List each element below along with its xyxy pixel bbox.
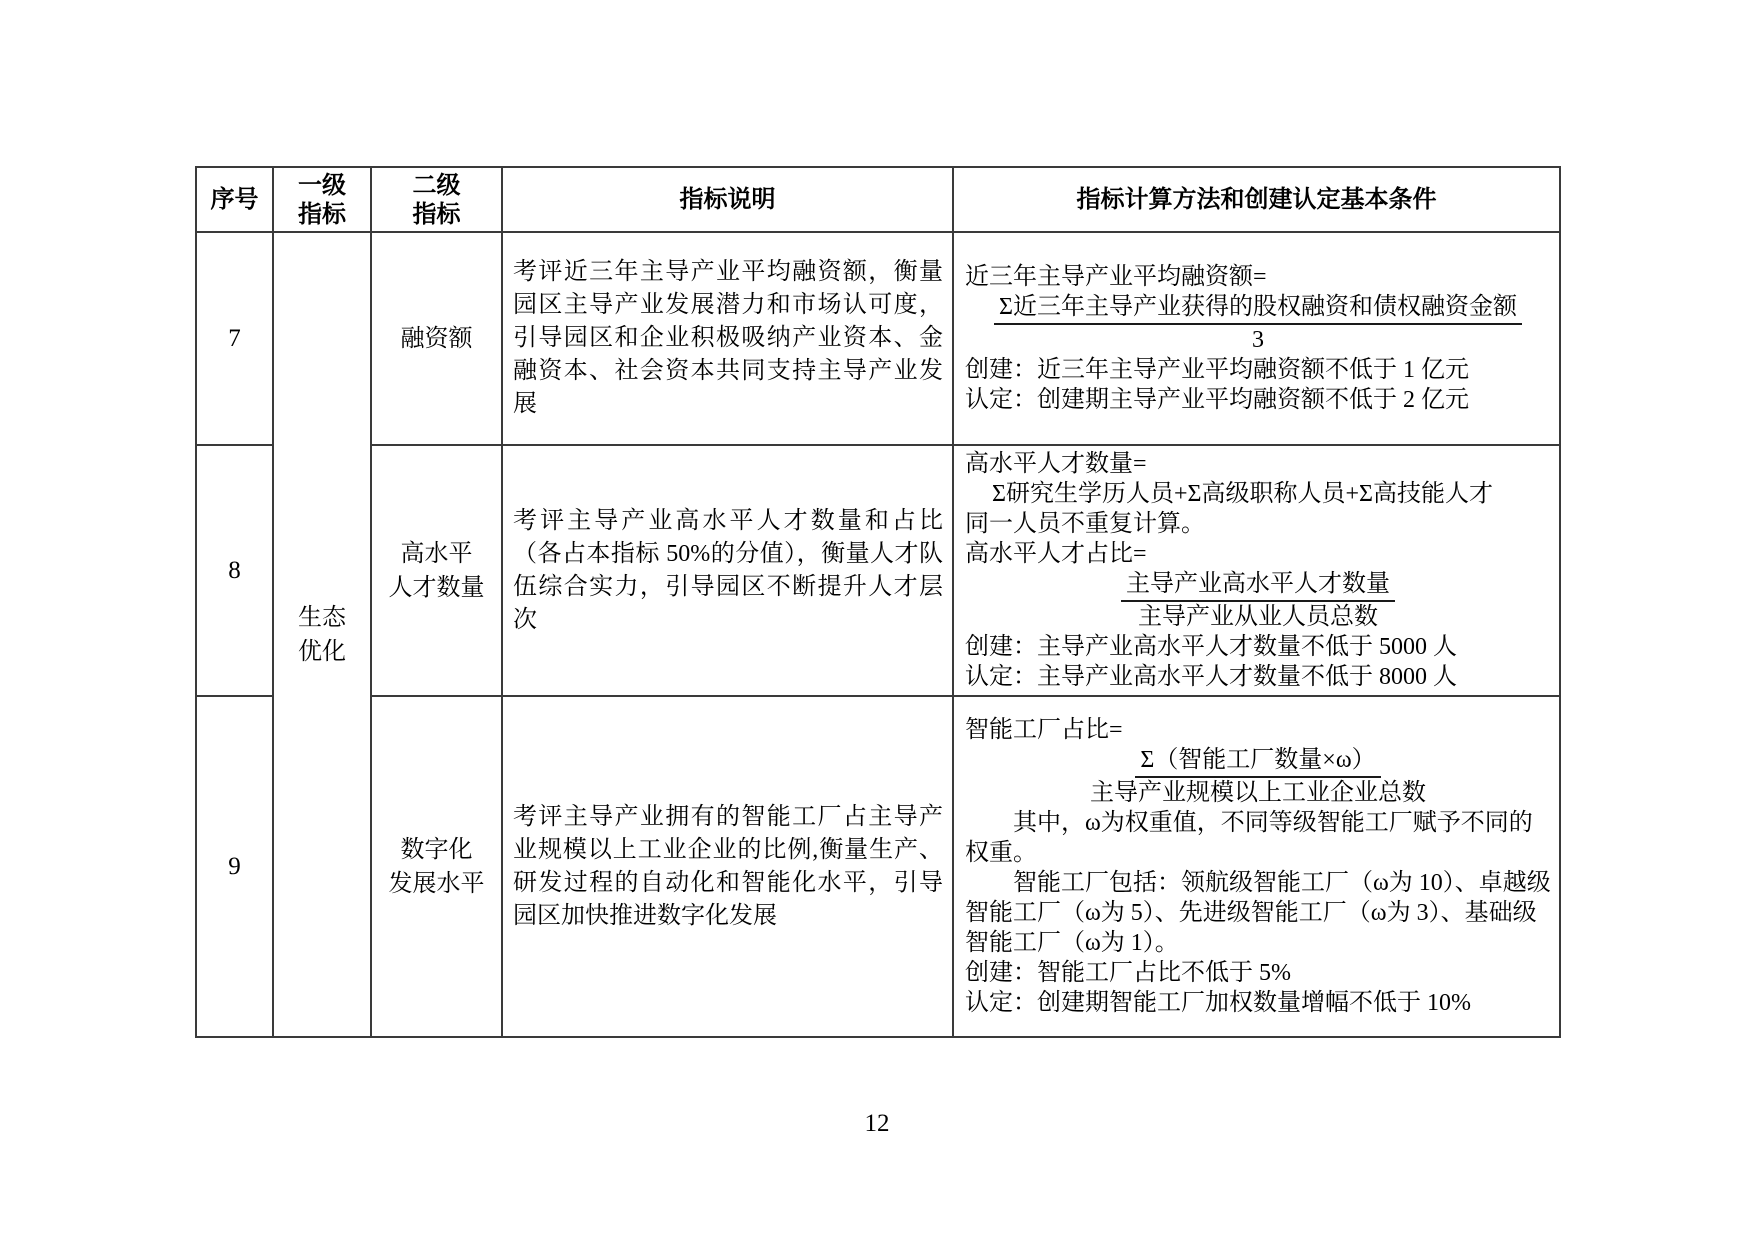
calc-cell: 高水平人才数量= Σ研究生学历人员+Σ高级职称人员+Σ高技能人才 同一人员不重复…	[953, 445, 1560, 696]
calc-line: 认定：创建期主导产业平均融资额不低于 2 亿元	[965, 385, 1551, 415]
serial-cell: 9	[196, 696, 273, 1037]
fraction-numerator: Σ近三年主导产业获得的股权融资和债权融资金额	[965, 292, 1551, 325]
table-row: 9 数字化 发展水平 考评主导产业拥有的智能工厂占主导产业规模以上工业企业的比例…	[196, 696, 1560, 1037]
indicator-table: 序号 一级 指标 二级 指标 指标说明 指标计算方法和创建认定基本条件 7 生态…	[195, 166, 1561, 1038]
calc-line: Σ研究生学历人员+Σ高级职称人员+Σ高技能人才	[965, 479, 1551, 509]
col-header-secondary-indicator: 二级 指标	[371, 167, 502, 232]
col-header-primary-indicator: 一级 指标	[273, 167, 371, 232]
description-cell: 考评主导产业高水平人才数量和占比（各占本指标 50%的分值），衡量人才队伍综合实…	[502, 445, 953, 696]
calc-line: 创建：主导产业高水平人才数量不低于 5000 人	[965, 632, 1551, 662]
description-cell: 考评近三年主导产业平均融资额，衡量园区主导产业发展潜力和市场认可度，引导园区和企…	[502, 232, 953, 445]
secondary-indicator-cell: 高水平 人才数量	[371, 445, 502, 696]
calc-line: 创建：近三年主导产业平均融资额不低于 1 亿元	[965, 355, 1551, 385]
calc-cell: 智能工厂占比= Σ（智能工厂数量×ω） 主导产业规模以上工业企业总数 其中，ω为…	[953, 696, 1560, 1037]
calc-cell: 近三年主导产业平均融资额= Σ近三年主导产业获得的股权融资和债权融资金额 3 创…	[953, 232, 1560, 445]
fraction-denominator: 主导产业规模以上工业企业总数	[965, 778, 1551, 808]
table-row: 7 生态 优化 融资额 考评近三年主导产业平均融资额，衡量园区主导产业发展潜力和…	[196, 232, 1560, 445]
calc-line: 认定：主导产业高水平人才数量不低于 8000 人	[965, 662, 1551, 692]
calc-line: 同一人员不重复计算。	[965, 509, 1551, 539]
col-header-serial: 序号	[196, 167, 273, 232]
table-row: 8 高水平 人才数量 考评主导产业高水平人才数量和占比（各占本指标 50%的分值…	[196, 445, 1560, 696]
calc-line: 高水平人才数量=	[965, 449, 1551, 479]
serial-cell: 8	[196, 445, 273, 696]
description-cell: 考评主导产业拥有的智能工厂占主导产业规模以上工业企业的比例,衡量生产、研发过程的…	[502, 696, 953, 1037]
calc-line: 智能工厂包括：领航级智能工厂（ω为 10）、卓越级智能工厂（ω为 5）、先进级智…	[965, 868, 1551, 958]
calc-line: 认定：创建期智能工厂加权数量增幅不低于 10%	[965, 988, 1551, 1018]
calc-line: 近三年主导产业平均融资额=	[965, 262, 1551, 292]
col-header-calc-method: 指标计算方法和创建认定基本条件	[953, 167, 1560, 232]
page-number: 12	[0, 1110, 1754, 1138]
fraction-denominator: 主导产业从业人员总数	[965, 602, 1551, 632]
calc-line: 其中，ω为权重值，不同等级智能工厂赋予不同的权重。	[965, 808, 1551, 868]
col-header-description: 指标说明	[502, 167, 953, 232]
secondary-indicator-cell: 数字化 发展水平	[371, 696, 502, 1037]
primary-indicator-cell: 生态 优化	[273, 232, 371, 1037]
fraction-denominator: 3	[965, 325, 1551, 355]
secondary-indicator-cell: 融资额	[371, 232, 502, 445]
calc-line: 智能工厂占比=	[965, 715, 1551, 745]
header-row: 序号 一级 指标 二级 指标 指标说明 指标计算方法和创建认定基本条件	[196, 167, 1560, 232]
fraction-numerator: Σ（智能工厂数量×ω）	[965, 745, 1551, 778]
serial-cell: 7	[196, 232, 273, 445]
calc-line: 创建：智能工厂占比不低于 5%	[965, 958, 1551, 988]
fraction-numerator: 主导产业高水平人才数量	[965, 569, 1551, 602]
calc-line: 高水平人才占比=	[965, 539, 1551, 569]
